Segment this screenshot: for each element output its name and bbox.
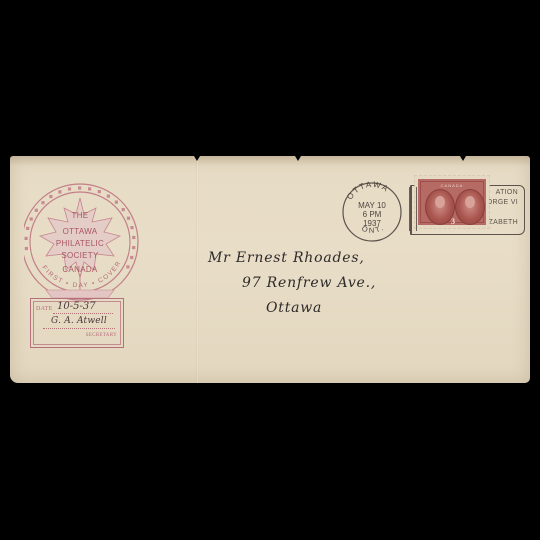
queen-portrait (455, 189, 485, 225)
slogan-line: ATION (496, 189, 518, 196)
signature-underline (43, 328, 115, 329)
svg-text:CANADA: CANADA (62, 265, 98, 274)
envelope-notch (295, 156, 301, 161)
svg-text:SOCIETY: SOCIETY (61, 251, 99, 260)
cancel-bars (409, 187, 417, 231)
address-street: 97 Renfrew Ave., (242, 275, 376, 291)
envelope-notch (194, 156, 200, 161)
maple-leaf-seal-icon: THE OTTAWA PHILATELIC SOCIETY CANADA FIR… (24, 178, 174, 308)
cachet-date-box: DATE 10-5-37 G. A. Atwell SECRETARY (30, 298, 124, 348)
postmark: OTTAWA ONT. MAY 10 6 PM 1937 (340, 180, 404, 244)
svg-text:THE: THE (72, 211, 89, 220)
postage-stamp: CANADA 3 (415, 176, 489, 228)
date-underline (53, 313, 113, 314)
cachet: THE OTTAWA PHILATELIC SOCIETY CANADA FIR… (24, 178, 172, 356)
postmark-time: 6 PM (340, 210, 404, 219)
stamp-country: CANADA (421, 183, 483, 188)
secretary-signature: G. A. Atwell (51, 316, 107, 326)
stamp-denomination: 3 (451, 217, 455, 226)
svg-text:OTTAWA: OTTAWA (63, 227, 98, 236)
date-label: DATE (36, 306, 53, 312)
address-city: Ottawa (266, 300, 322, 316)
date-value: 10-5-37 (57, 301, 96, 312)
svg-text:PHILATELIC: PHILATELIC (56, 239, 104, 248)
postmark-year: 1937 (340, 219, 404, 228)
royal-portraits-icon: CANADA 3 (420, 181, 484, 223)
envelope-fold (196, 156, 199, 383)
secretary-label: SECRETARY (86, 333, 117, 338)
postmark-date: MAY 10 (340, 201, 404, 210)
envelope: THE OTTAWA PHILATELIC SOCIETY CANADA FIR… (10, 156, 530, 383)
envelope-notch (460, 156, 466, 161)
address-name: Mr Ernest Rhoades, (208, 250, 365, 266)
